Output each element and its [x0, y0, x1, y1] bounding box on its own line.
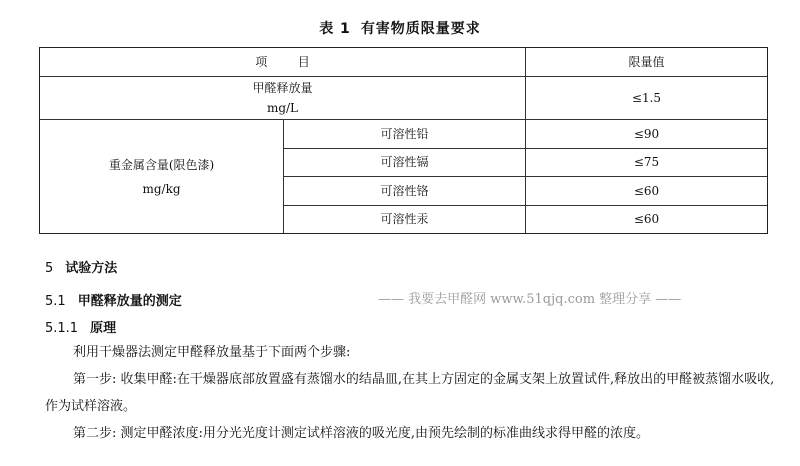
- item-name: 重金属含量(限色漆): [109, 153, 214, 177]
- header-limit: 限量值: [526, 48, 767, 76]
- limit-value-text: ≤60: [634, 180, 659, 203]
- section-number: 5.1: [45, 294, 66, 309]
- section-title: 试验方法: [65, 261, 117, 276]
- section-title: 原理: [90, 321, 116, 336]
- section-heading-5-1: 5.1甲醛释放量的测定: [45, 290, 182, 309]
- item-unit: mg/L: [267, 98, 298, 118]
- table-title: 表 1有害物质限量要求: [0, 18, 800, 38]
- paragraph-intro: 利用干燥器法测定甲醛释放量基于下面两个步骤:: [45, 339, 770, 366]
- limit-value: ≤75: [526, 149, 767, 176]
- item-unit: mg/kg: [142, 177, 180, 201]
- subrow-name-text: 可溶性铅: [380, 123, 428, 146]
- header-limit-label: 限量值: [628, 51, 664, 74]
- subrow-name-text: 可溶性镉: [380, 151, 428, 174]
- item-name: 甲醛释放量: [252, 78, 312, 98]
- limit-value: ≤60: [526, 177, 767, 205]
- subrow-name: 可溶性铬: [284, 177, 525, 205]
- limit-value-text: ≤75: [634, 151, 659, 174]
- paragraph-step1: 第一步: 收集甲醛:在干燥器底部放置盛有蒸馏水的结晶皿,在其上方固定的金属支架上…: [45, 366, 775, 420]
- subrow-name-text: 可溶性汞: [380, 208, 428, 231]
- header-item: 项 目: [40, 48, 525, 76]
- table-row: 甲醛释放量 mg/L: [40, 77, 525, 119]
- subrow-name-text: 可溶性铬: [380, 180, 428, 203]
- subrow-name: 可溶性镉: [284, 149, 525, 176]
- section-title: 甲醛释放量的测定: [78, 294, 182, 309]
- limit-value: ≤60: [526, 206, 767, 233]
- section-heading-5: 5试验方法: [45, 257, 117, 276]
- section-number: 5.1.1: [45, 321, 78, 336]
- paragraph-step2: 第二步: 测定甲醛浓度:用分光光度计测定试样溶液的吸光度,由预先绘制的标准曲线求…: [45, 420, 775, 447]
- section-heading-5-1-1: 5.1.1原理: [45, 317, 116, 336]
- limits-table: 项 目 限量值 甲醛释放量 mg/L ≤1.5 重金属含量(限色漆) mg/kg…: [39, 47, 768, 234]
- limit-value-text: ≤90: [634, 123, 659, 146]
- subrow-name: 可溶性汞: [284, 206, 525, 233]
- limit-value: ≤1.5: [526, 77, 767, 119]
- subrow-name: 可溶性铅: [284, 120, 525, 148]
- table-number: 表 1: [319, 21, 351, 37]
- table-row-group: 重金属含量(限色漆) mg/kg: [40, 120, 283, 233]
- limit-value: ≤90: [526, 120, 767, 148]
- watermark: —— 我要去甲醛网 www.51qjq.com 整理分享 ——: [378, 288, 681, 307]
- limit-value-text: ≤60: [634, 208, 659, 231]
- limit-value-text: ≤1.5: [632, 87, 661, 110]
- header-item-label: 项 目: [255, 51, 310, 74]
- table-title-text: 有害物质限量要求: [361, 21, 481, 37]
- section-number: 5: [45, 261, 53, 276]
